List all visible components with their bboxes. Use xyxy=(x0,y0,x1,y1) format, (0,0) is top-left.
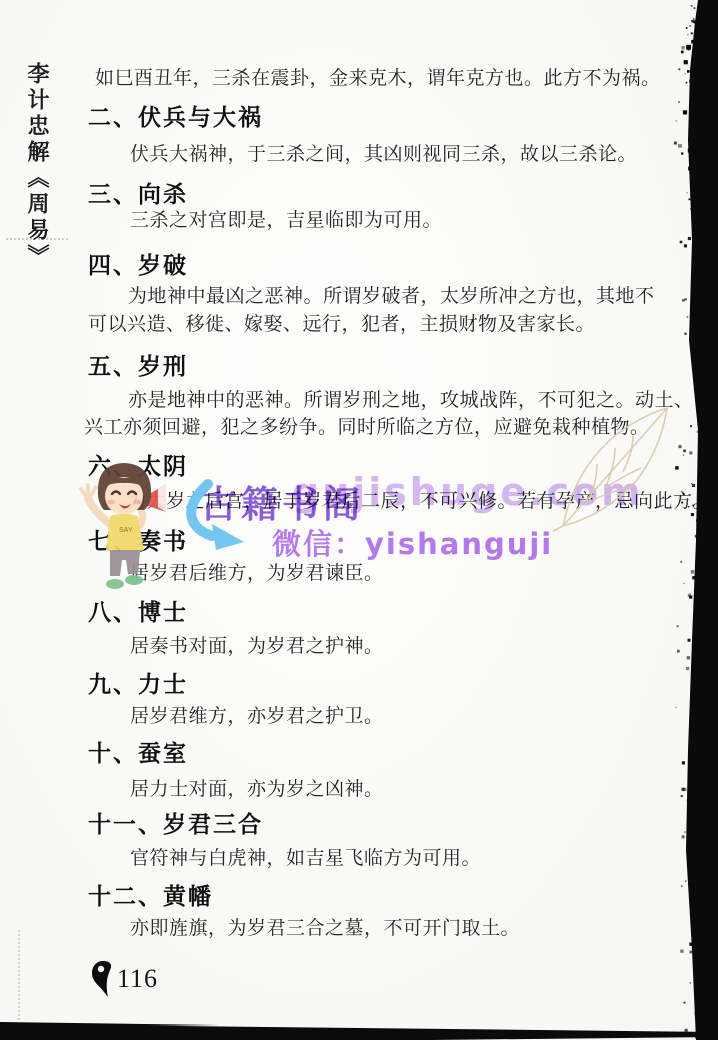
scan-right-border xyxy=(640,0,718,1040)
scanned-book-page: 李计忠解《周易》 如巳酉丑年，三杀在震卦，金来克木，谓年克方也。此方不为祸。 二… xyxy=(0,0,718,1040)
scan-bottom-border xyxy=(0,0,718,1040)
